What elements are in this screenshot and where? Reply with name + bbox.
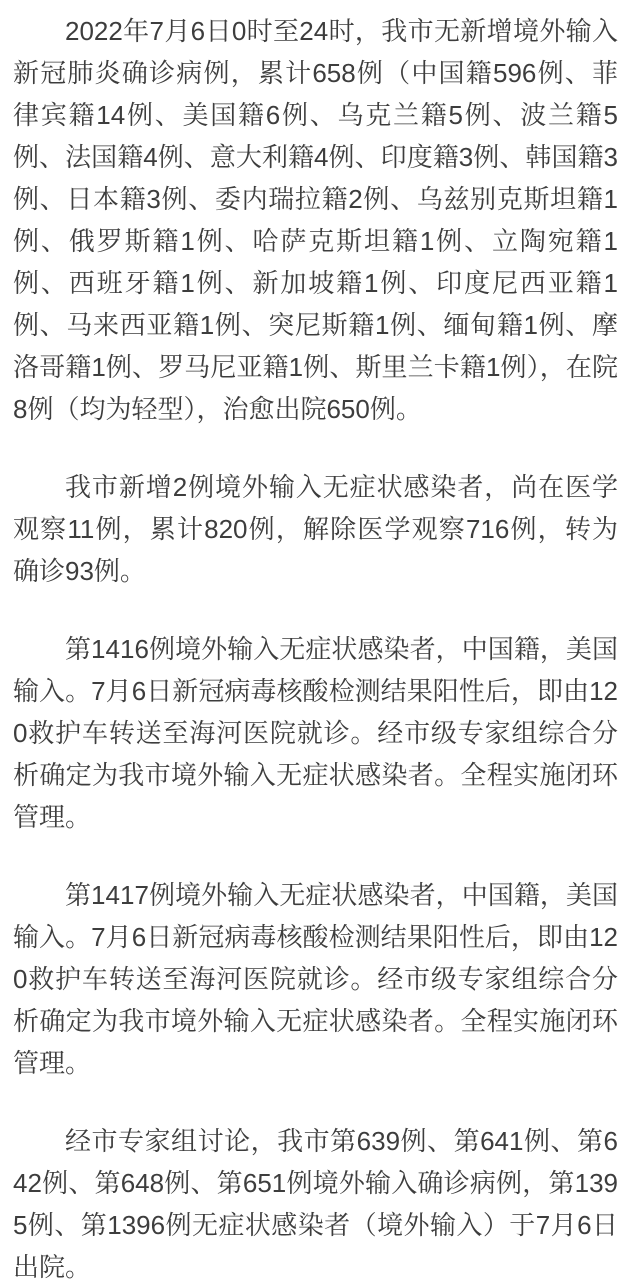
paragraph-discharged-cases: 经市专家组讨论，我市第639例、第641例、第642例、第648例、第651例境… [13,1120,618,1280]
paragraph-case-1417: 第1417例境外输入无症状感染者，中国籍，美国输入。7月6日新冠病毒核酸检测结果… [13,874,618,1084]
paragraph-case-1416: 第1416例境外输入无症状感染者，中国籍，美国输入。7月6日新冠病毒核酸检测结果… [13,628,618,838]
news-article: 2022年7月6日0时至24时，我市无新增境外输入新冠肺炎确诊病例，累计658例… [0,0,631,1280]
paragraph-confirmed-cases-summary: 2022年7月6日0时至24时，我市无新增境外输入新冠肺炎确诊病例，累计658例… [13,10,618,430]
paragraph-asymptomatic-summary: 我市新增2例境外输入无症状感染者，尚在医学观察11例，累计820例，解除医学观察… [13,466,618,592]
